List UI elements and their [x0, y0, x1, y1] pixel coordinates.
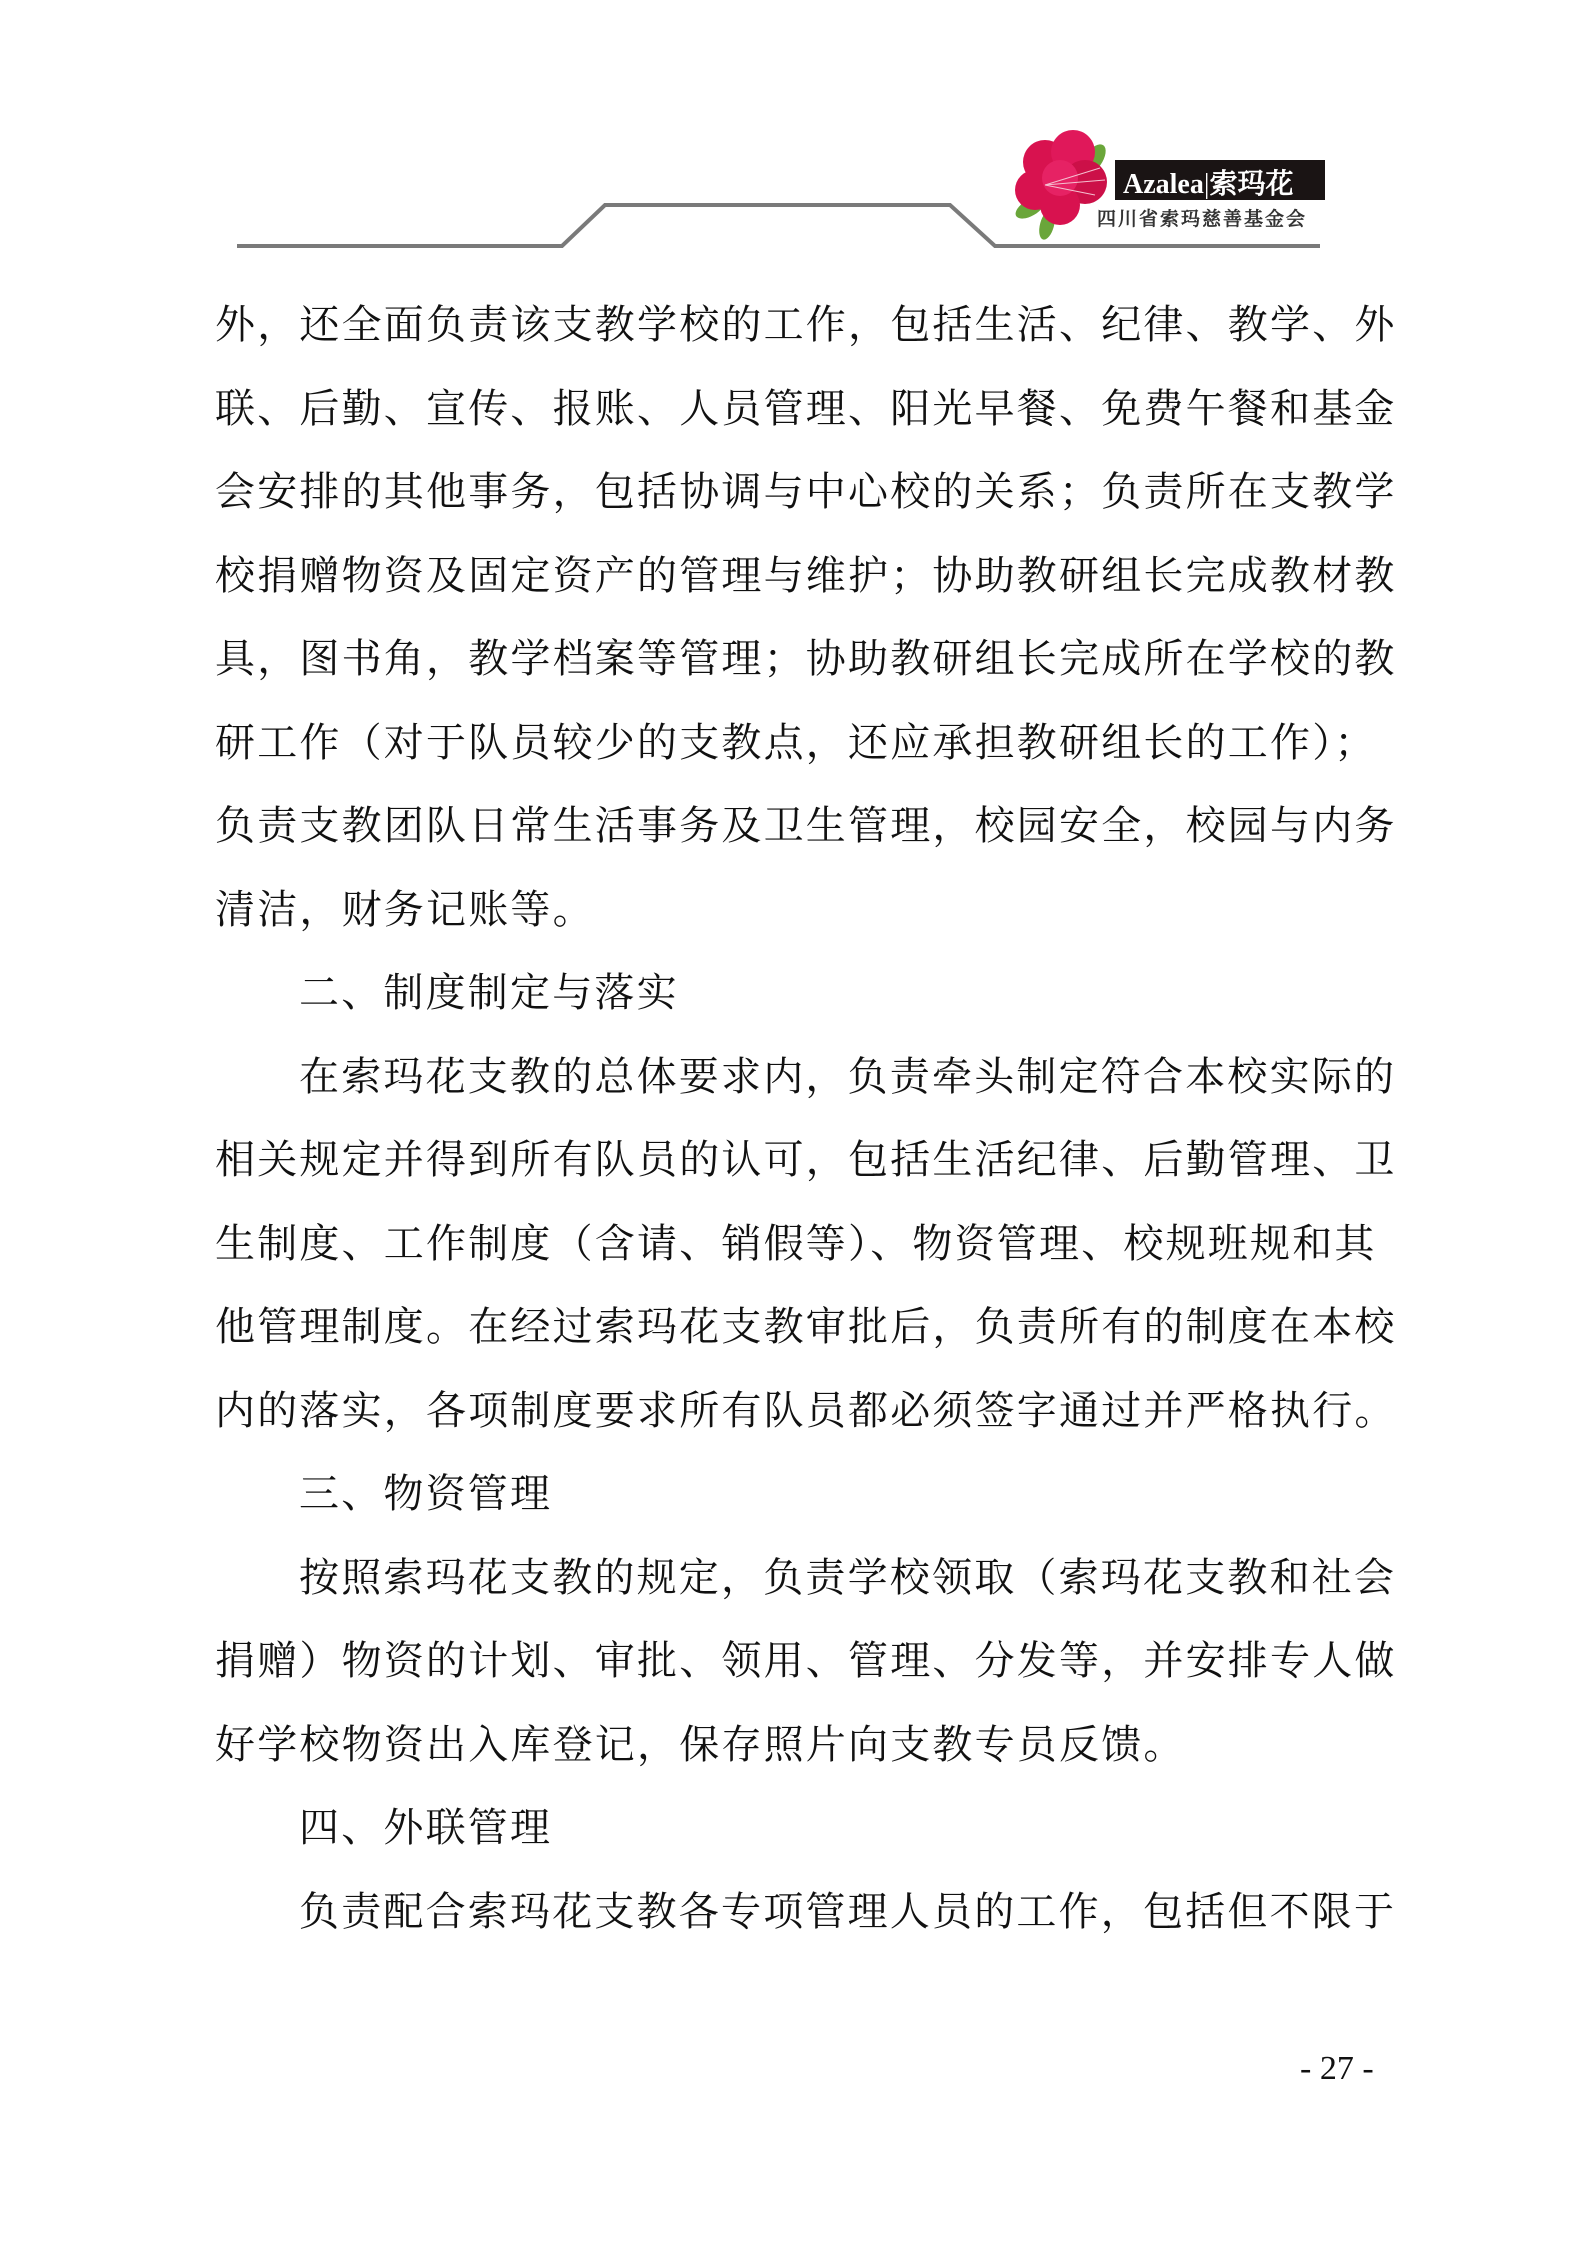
section-heading: 三、物资管理 [215, 1459, 1400, 1543]
logo-text-cn: 索玛花 [1209, 169, 1293, 200]
body-line: 外，还全面负责该支教学校的工作，包括生活、纪律、教学、外 [215, 290, 1400, 374]
logo-subtitle: 四川省索玛慈善基金会 [1097, 204, 1307, 231]
body-line: 会安排的其他事务，包括协调与中心校的关系；负责所在支教学 [215, 457, 1400, 541]
header-rule [0, 0, 1587, 260]
logo-text-en: Azalea [1123, 169, 1204, 200]
body-line: 负责配合索玛花支教各专项管理人员的工作，包括但不限于 [215, 1877, 1400, 1961]
body-line: 校捐赠物资及固定资产的管理与维护；协助教研组长完成教材教 [215, 541, 1400, 625]
body-line: 好学校物资出入库登记，保存照片向支教专员反馈。 [215, 1710, 1400, 1794]
body-line: 研工作（对于队员较少的支教点，还应承担教研组长的工作）； [215, 708, 1400, 792]
body-line: 清洁，财务记账等。 [215, 875, 1400, 959]
section-heading: 四、外联管理 [215, 1793, 1400, 1877]
page-number: - 27 - [1300, 2050, 1374, 2088]
logo-title: Azalea|索玛花 [1123, 162, 1293, 202]
body-line: 捐赠）物资的计划、审批、领用、管理、分发等，并安排专人做 [215, 1626, 1400, 1710]
section-heading: 二、制度制定与落实 [215, 958, 1400, 1042]
body-line: 联、后勤、宣传、报账、人员管理、阳光早餐、免费午餐和基金 [215, 374, 1400, 458]
document-body: 外，还全面负责该支教学校的工作，包括生活、纪律、教学、外 联、后勤、宣传、报账、… [215, 290, 1400, 1960]
body-line: 他管理制度。在经过索玛花支教审批后，负责所有的制度在本校 [215, 1292, 1400, 1376]
body-line: 内的落实，各项制度要求所有队员都必须签字通过并严格执行。 [215, 1376, 1400, 1460]
body-line: 按照索玛花支教的规定，负责学校领取（索玛花支教和社会 [215, 1543, 1400, 1627]
foundation-logo: Azalea|索玛花 四川省索玛慈善基金会 [1005, 120, 1335, 250]
body-line: 在索玛花支教的总体要求内，负责牵头制定符合本校实际的 [215, 1042, 1400, 1126]
body-line: 负责支教团队日常生活事务及卫生管理，校园安全，校园与内务 [215, 791, 1400, 875]
body-line: 生制度、工作制度（含请、销假等）、物资管理、校规班规和其 [215, 1209, 1400, 1293]
body-line: 相关规定并得到所有队员的认可，包括生活纪律、后勤管理、卫 [215, 1125, 1400, 1209]
body-line: 具，图书角，教学档案等管理；协助教研组长完成所在学校的教 [215, 624, 1400, 708]
